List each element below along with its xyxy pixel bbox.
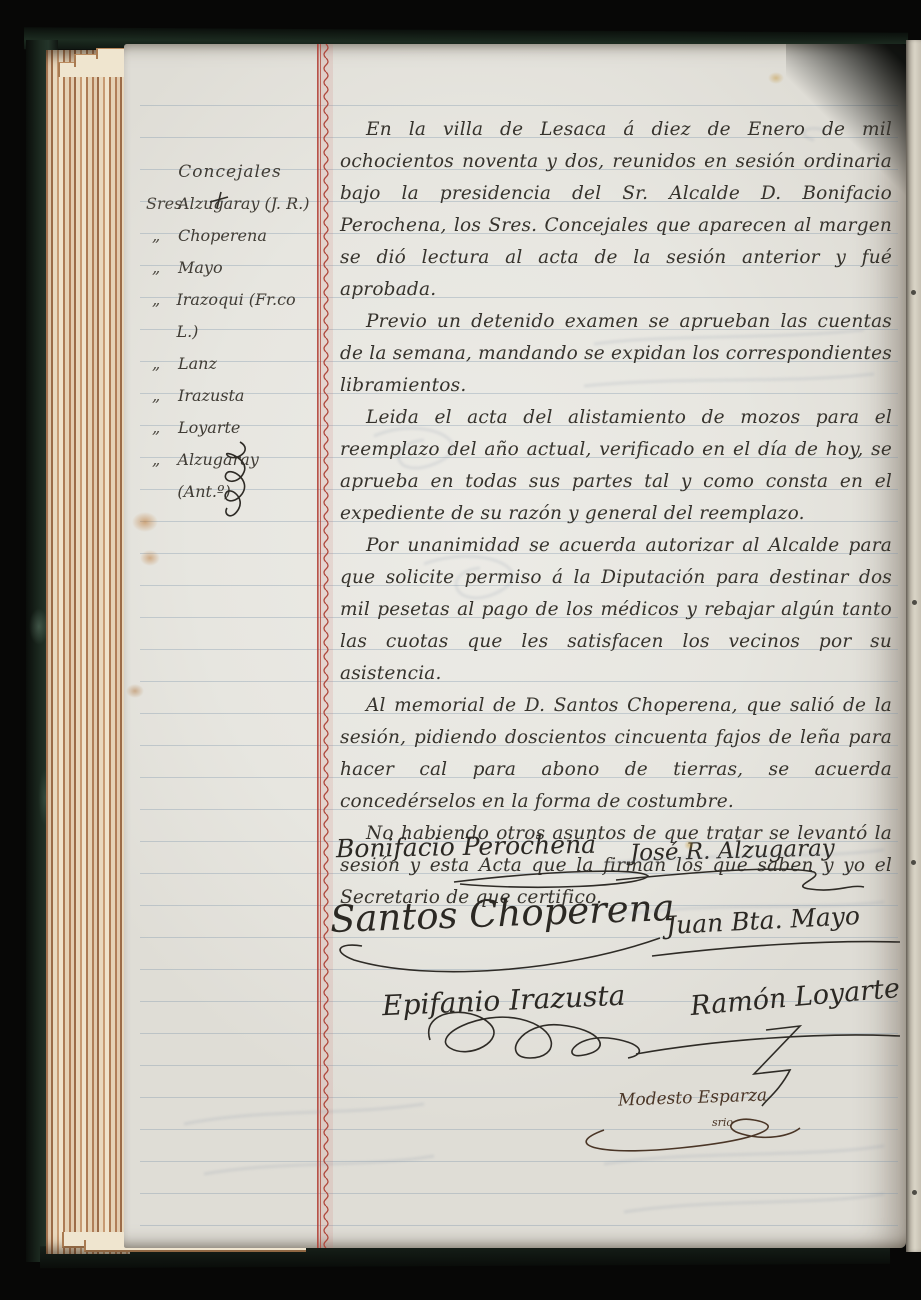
member-name: Lanz [178,348,217,380]
council-member-row: „ Alzugaray (Ant.º) [146,444,314,508]
paragraph: Leida el acta del alistamiento de mozos … [340,402,892,530]
member-name: Mayo [178,252,223,284]
margin-notes: Concejales Sres Alzugaray (J. R.) „ Chop… [146,156,314,508]
red-margin-rule [317,44,333,1248]
ditto-mark: „ [146,284,176,348]
member-name: Irazoqui (Fr.co L.) [176,284,314,348]
margin-header: Concejales [146,156,314,188]
ink-dot [911,860,916,865]
paragraph: Por unanimidad se acuerda autorizar al A… [340,530,892,690]
ditto-mark: „ [146,348,178,380]
council-member-row: „ Irazoqui (Fr.co L.) [146,284,314,348]
council-member-row: „ Choperena [146,220,314,252]
member-name: Irazusta [178,380,244,412]
ink-dot [911,290,916,295]
member-name: Alzugaray (Ant.º) [177,444,314,508]
ditto-mark: „ [146,252,178,284]
ditto-mark: „ [146,444,177,508]
secretario-abbreviation: srio [712,1116,733,1129]
page-edge-stack [46,50,130,1254]
book-photograph: Concejales Sres Alzugaray (J. R.) „ Chop… [0,0,921,1300]
paragraph: Previo un detenido examen se aprueban la… [340,306,892,402]
ink-dot [912,600,917,605]
council-member-row: Sres Alzugaray (J. R.) [146,188,314,220]
member-prefix: Sres [146,188,178,220]
member-name: Choperena [178,220,267,252]
signature-bonifacio-perochena: Bonifacio Perochena [336,830,597,864]
acta-body-text: En la villa de Lesaca á diez de Enero de… [340,114,892,914]
council-member-row: „ Mayo [146,252,314,284]
member-name: Alzugaray (J. R.) [178,188,309,220]
council-member-row: „ Irazusta [146,380,314,412]
ditto-mark: „ [146,380,178,412]
council-member-row: „ Loyarte [146,412,314,444]
council-member-row: „ Lanz [146,348,314,380]
ink-dot [912,1190,917,1195]
paragraph: En la villa de Lesaca á diez de Enero de… [340,114,892,306]
paragraph: Al memorial de D. Santos Choperena, que … [340,690,892,818]
manuscript-page: Concejales Sres Alzugaray (J. R.) „ Chop… [124,44,906,1248]
ditto-mark: „ [146,220,178,252]
facing-page-sliver [906,40,921,1252]
ditto-mark: „ [146,412,178,444]
member-name: Loyarte [178,412,240,444]
signature-jose-r-alzugaray: José R. Alzugaray [630,835,835,866]
